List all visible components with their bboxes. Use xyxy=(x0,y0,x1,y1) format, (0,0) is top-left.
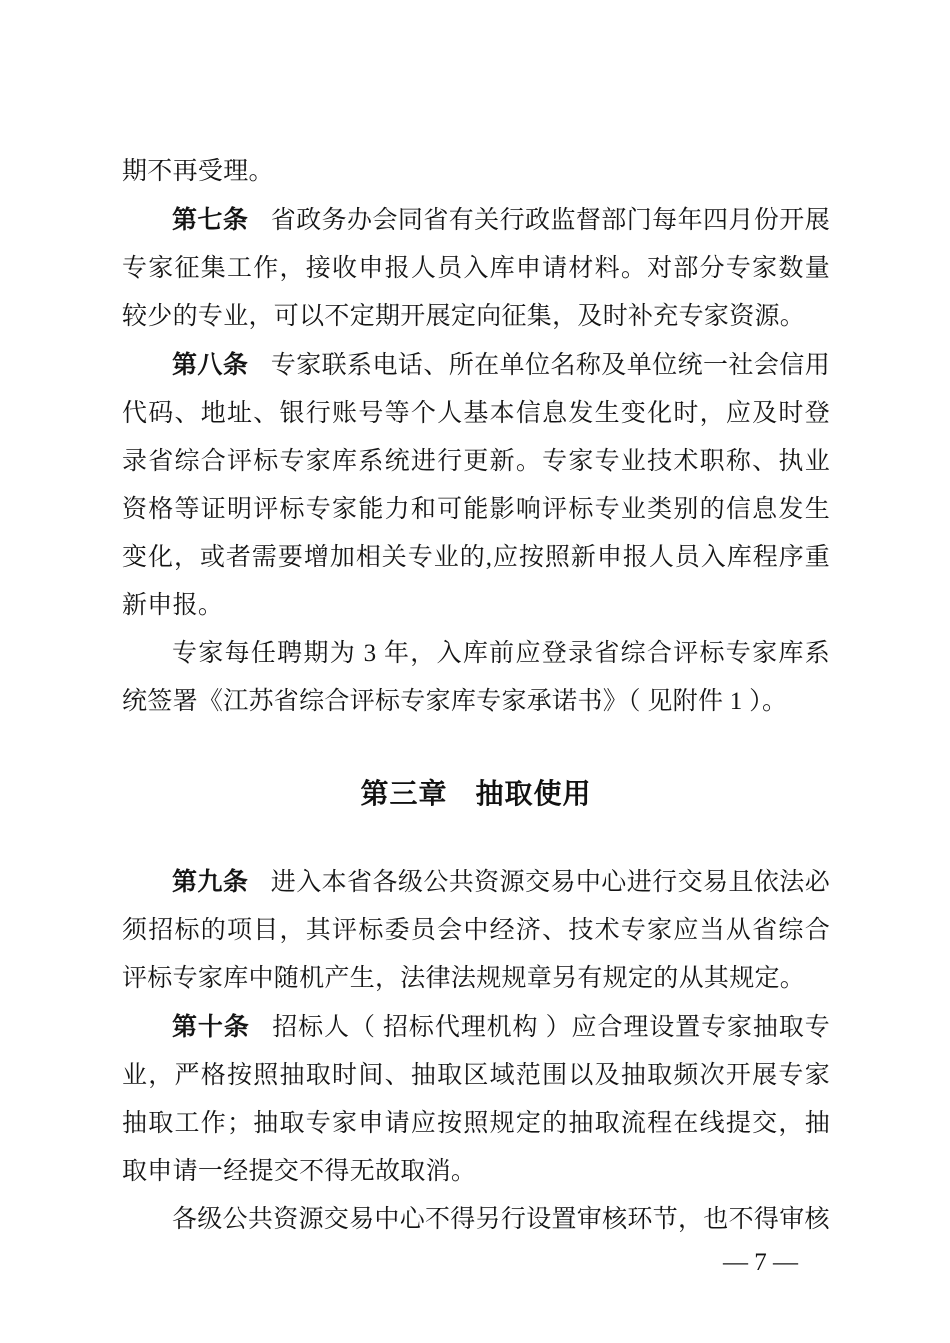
chapter-title: 抽取使用 xyxy=(476,778,592,809)
article-number-label: 第十条 xyxy=(172,1013,250,1041)
paragraph-continuation: 期不再受理。 xyxy=(122,148,830,196)
paragraph-text: 专家联系电话、所在单位名称及单位统一社会信用代码、地址、银行账号等个人基本信息发… xyxy=(122,352,830,619)
paragraph-article-7: 第七条省政务办会同省有关行政监督部门每年四月份开展专家征集工作，接收申报人员入库… xyxy=(122,196,830,341)
document-page: 期不再受理。 第七条省政务办会同省有关行政监督部门每年四月份开展专家征集工作，接… xyxy=(0,0,950,1343)
paragraph-article-10: 第十条招标人（ 招标代理机构 ）应合理设置专家抽取专业，严格按照抽取时间、抽取区… xyxy=(122,1003,830,1196)
article-number-label: 第八条 xyxy=(172,351,248,379)
page-number: — 7 — xyxy=(122,1248,830,1278)
paragraph-article-8: 第八条专家联系电话、所在单位名称及单位统一社会信用代码、地址、银行账号等个人基本… xyxy=(122,341,830,630)
paragraph-trading-centers: 各级公共资源交易中心不得另行设置审核环节，也不得审核 xyxy=(122,1196,830,1244)
article-number-label: 第七条 xyxy=(172,206,248,234)
chapter-number: 第三章 xyxy=(360,778,447,809)
paragraph-text: 各级公共资源交易中心不得另行设置审核环节，也不得审核 xyxy=(172,1206,830,1233)
chapter-heading: 第三章抽取使用 xyxy=(122,770,830,818)
paragraph-article-9: 第九条进入本省各级公共资源交易中心进行交易且依法必须招标的项目，其评标委员会中经… xyxy=(122,858,830,1003)
paragraph-text: 专家每任聘期为 3 年，入库前应登录省综合评标专家库系统签署《江苏省综合评标专家… xyxy=(122,640,830,715)
article-number-label: 第九条 xyxy=(172,868,248,896)
paragraph-expert-term: 专家每任聘期为 3 年，入库前应登录省综合评标专家库系统签署《江苏省综合评标专家… xyxy=(122,630,830,726)
paragraph-text: 期不再受理。 xyxy=(122,158,274,185)
